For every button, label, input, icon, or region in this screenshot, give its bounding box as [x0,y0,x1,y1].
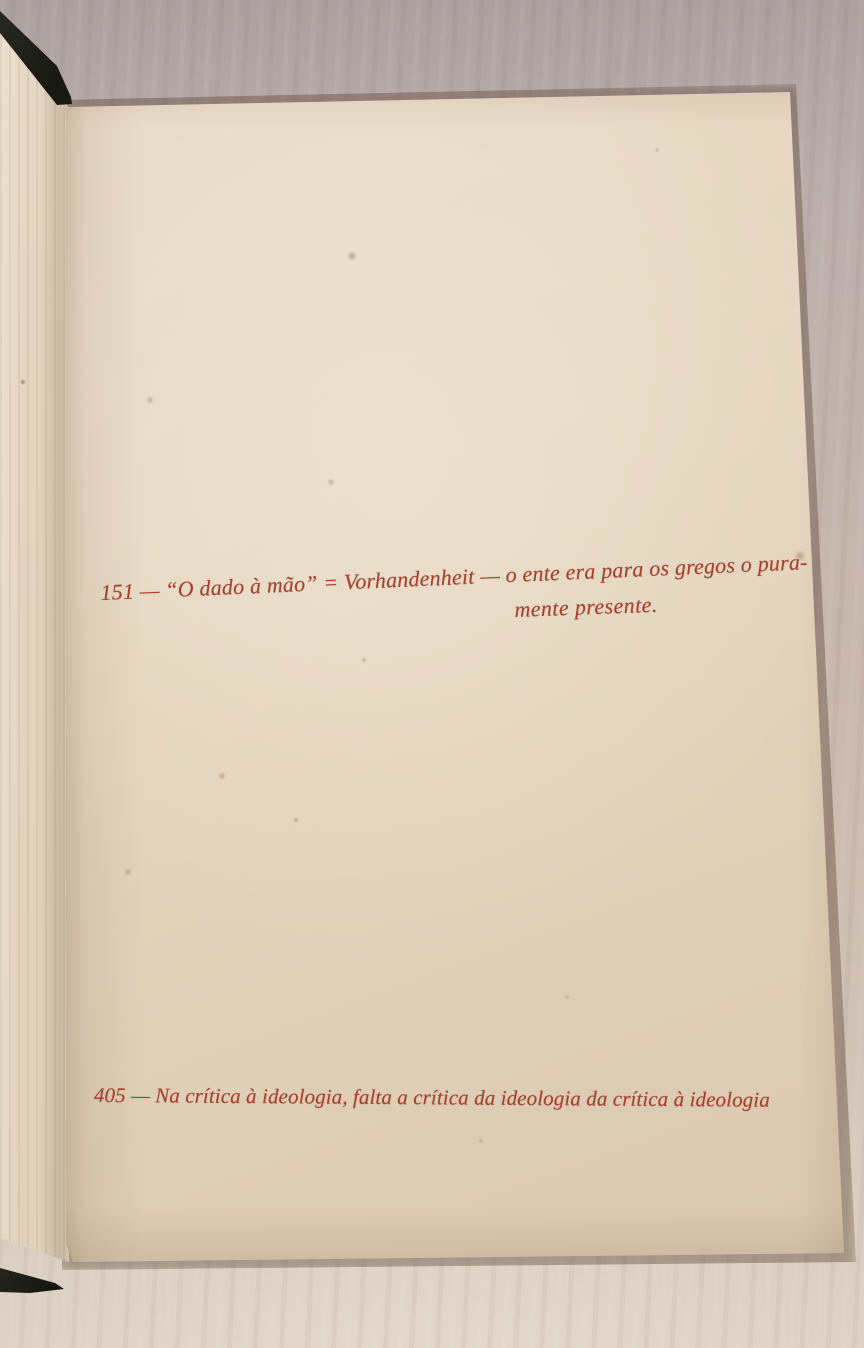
book-photo: 151 — “O dado à mão” = Vorhandenheit — o… [0,0,864,1348]
page-stack-edge [0,28,69,1268]
note-151-line2: mente presente. [514,592,658,623]
note-405-line1: 405 — Na crítica à ideologia, falta a cr… [94,1083,770,1113]
